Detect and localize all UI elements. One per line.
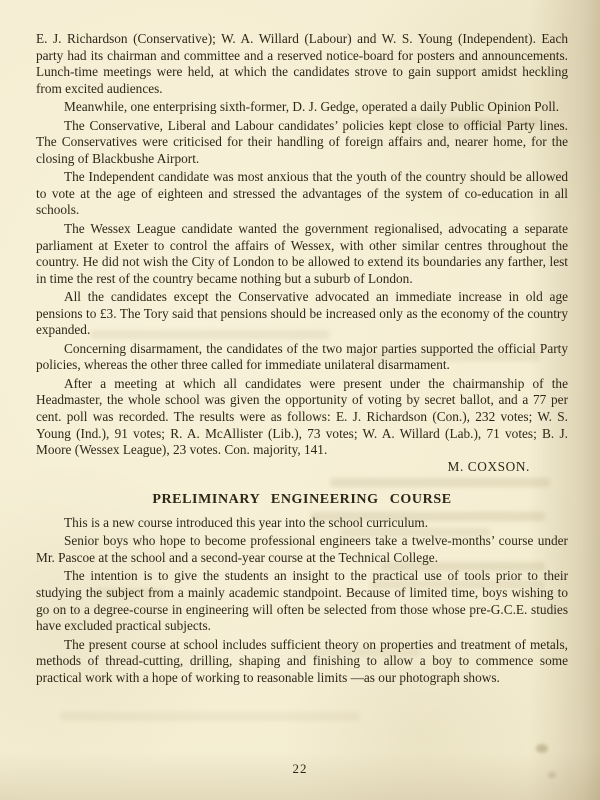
paragraph: The intention is to give the students an… bbox=[36, 568, 568, 634]
engineering-course-article: PRELIMINARY ENGINEERING COURSE This is a… bbox=[36, 492, 568, 686]
paragraph: The Conservative, Liberal and Labour can… bbox=[36, 118, 568, 168]
paragraph: The Wessex League candidate wanted the g… bbox=[36, 221, 568, 287]
stain-mark bbox=[536, 744, 548, 753]
paragraph: The Independent candidate was most anxio… bbox=[36, 169, 568, 219]
paragraph: After a meeting at which all candidates … bbox=[36, 376, 568, 459]
showthrough-smudge bbox=[60, 712, 360, 721]
paragraph: E. J. Richardson (Conservative); W. A. W… bbox=[36, 31, 568, 97]
paragraph: Senior boys who hope to become professio… bbox=[36, 533, 568, 566]
school-election-article: E. J. Richardson (Conservative); W. A. W… bbox=[36, 31, 568, 475]
scanned-magazine-page: E. J. Richardson (Conservative); W. A. W… bbox=[0, 0, 600, 800]
section-heading: PRELIMINARY ENGINEERING COURSE bbox=[36, 492, 568, 509]
page-text-column: E. J. Richardson (Conservative); W. A. W… bbox=[36, 31, 568, 686]
paragraph: This is a new course introduced this yea… bbox=[36, 515, 568, 532]
paragraph: All the candidates except the Conservati… bbox=[36, 289, 568, 339]
paragraph: Meanwhile, one enterprising sixth-former… bbox=[36, 99, 568, 116]
page-number: 22 bbox=[0, 761, 600, 777]
author-signature: M. COXSON. bbox=[36, 459, 530, 476]
paragraph: Concerning disarmament, the candidates o… bbox=[36, 341, 568, 374]
paragraph: The present course at school includes su… bbox=[36, 637, 568, 687]
